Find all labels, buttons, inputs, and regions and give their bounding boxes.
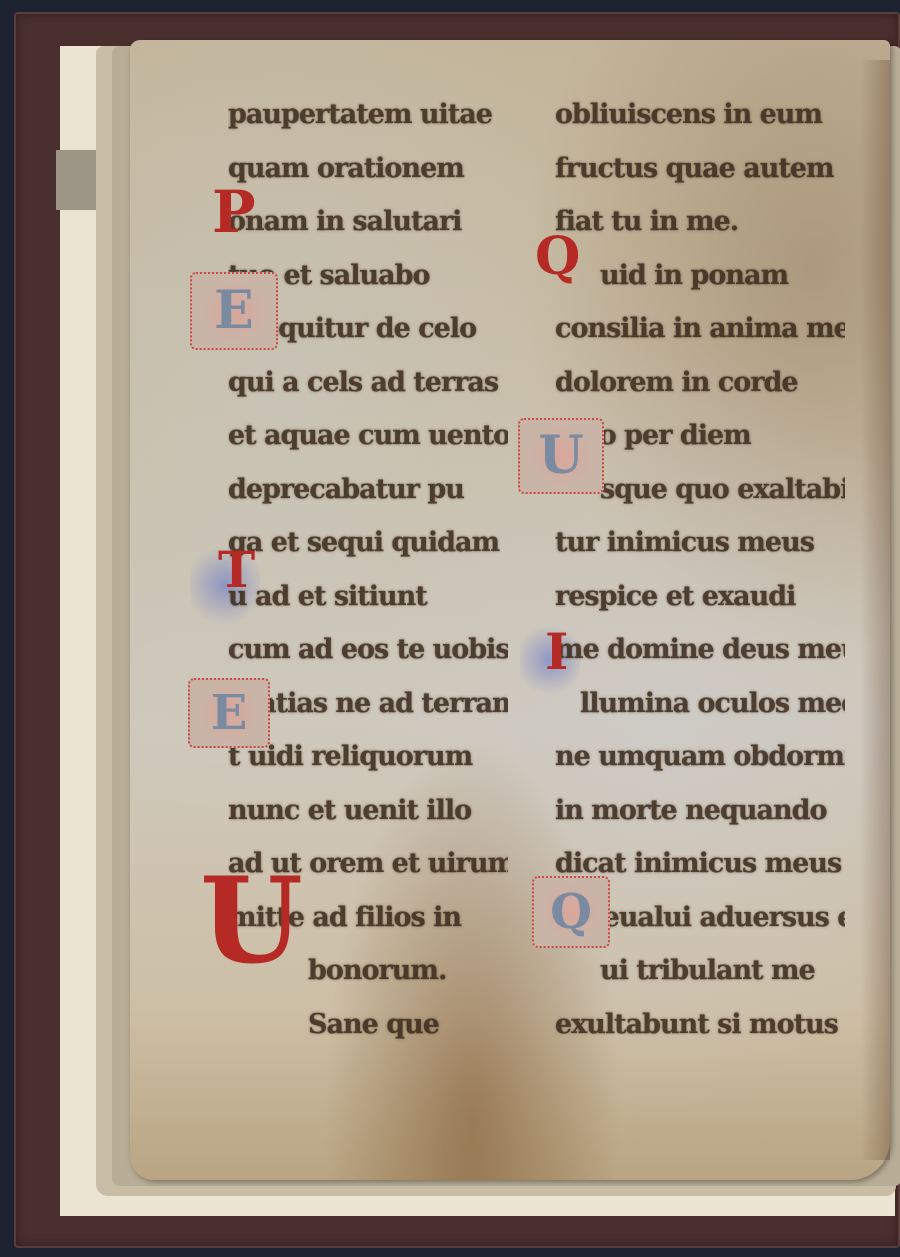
text-line: gratias ne ad terram bbox=[228, 677, 508, 731]
text-line: cum ad eos te uobis bbox=[228, 623, 508, 677]
decorated-initial-box: E bbox=[190, 272, 278, 350]
text-line: quam orationem bbox=[228, 142, 508, 196]
text-line: Sane que bbox=[228, 998, 508, 1052]
text-line: fructus quae autem bbox=[555, 142, 845, 196]
text-line: in morte nequando bbox=[555, 784, 845, 838]
text-line: qui a cels ad terras bbox=[228, 356, 508, 410]
text-line: tur inimicus meus bbox=[555, 516, 845, 570]
decorated-initial-box: Q bbox=[532, 876, 610, 948]
decorated-initial-box: U bbox=[518, 418, 604, 494]
text-line: ne umquam obdormiam bbox=[555, 730, 845, 784]
initial-u-large: U bbox=[200, 862, 303, 980]
text-line: uid in ponam bbox=[555, 249, 845, 303]
initial-e: E bbox=[192, 274, 276, 348]
text-line: paupertatem uitae bbox=[228, 88, 508, 142]
initial-q: Q bbox=[535, 226, 580, 287]
text-line: obliuiscens in eum bbox=[555, 88, 845, 142]
text-line: et aquae cum uento bbox=[228, 409, 508, 463]
text-line: onam in salutari bbox=[228, 195, 508, 249]
text-line: u ad et sitiunt bbox=[228, 570, 508, 624]
text-line: llumina oculos meos bbox=[555, 677, 845, 731]
text-line: ga et sequi quidam bbox=[228, 516, 508, 570]
initial-q: Q bbox=[534, 878, 608, 946]
text-line: ui tribulant me bbox=[555, 944, 845, 998]
initial-e: E bbox=[190, 680, 268, 746]
initial-t: T bbox=[218, 540, 255, 599]
paper-tab bbox=[56, 150, 100, 210]
text-line: nunc et uenit illo bbox=[228, 784, 508, 838]
text-line: fiat tu in me. bbox=[555, 195, 845, 249]
text-line: consilia in anima mea bbox=[555, 302, 845, 356]
page-right-edge-shadow bbox=[860, 60, 890, 1160]
initial-p: P bbox=[212, 178, 256, 246]
initial-i: I bbox=[545, 622, 568, 681]
initial-u: U bbox=[520, 420, 602, 492]
text-line: t uidi reliquorum bbox=[228, 730, 508, 784]
text-line: dolorem in corde bbox=[555, 356, 845, 410]
text-line: deprecabatur pu bbox=[228, 463, 508, 517]
decorated-initial-box: E bbox=[188, 678, 270, 748]
text-line: respice et exaudi bbox=[555, 570, 845, 624]
text-line: me domine deus meus. bbox=[555, 623, 845, 677]
text-line: exultabunt si motus bbox=[555, 998, 845, 1052]
